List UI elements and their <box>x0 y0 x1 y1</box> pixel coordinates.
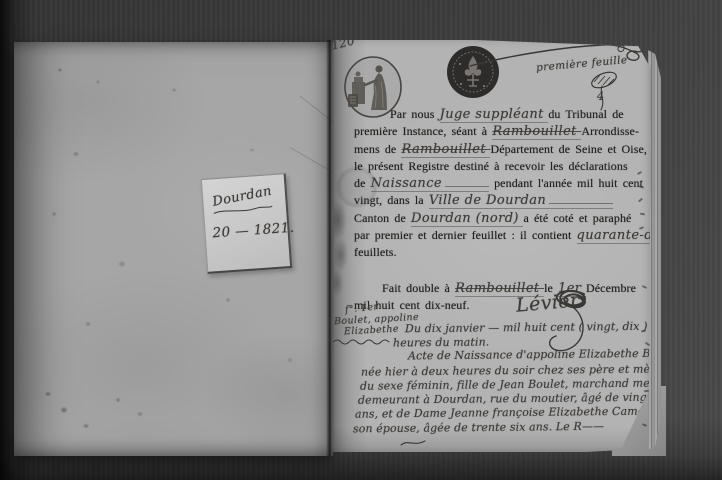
handwritten-fill: Dourdan (nord) <box>411 211 523 227</box>
preamble-line: vingt, dans la Ville de Dourdan <box>354 192 652 209</box>
print-text: de <box>354 176 371 190</box>
wavy-underline <box>333 338 393 346</box>
print-text: par premier et dernier feuillet : il con… <box>354 228 577 242</box>
end-flourish <box>401 438 427 448</box>
preamble-line: de Naissance pendant l'année mil huit ce… <box>354 175 652 192</box>
print-text: a été coté et paraphé <box>523 211 631 225</box>
preamble-line: Canton de Dourdan (nord) a été coté et p… <box>354 210 652 227</box>
preamble-line: le présent Registre destiné à recevoir l… <box>354 158 652 175</box>
archive-label: Dourdan 20 — 1821. <box>201 173 292 274</box>
handwritten-fill: Ville de Dourdan <box>429 193 613 209</box>
left-page: Dourdan 20 — 1821. <box>14 42 333 456</box>
margin-name-line: Elizabethe <box>344 324 399 338</box>
print-text: Canton de <box>354 211 411 225</box>
handwritten-fill: Rambouillet <box>492 124 581 140</box>
preamble-line: première Instance, séant à Rambouillet A… <box>354 123 652 140</box>
print-text: Par nous <box>390 107 440 121</box>
preamble-line: par premier et dernier feuillet : il con… <box>354 227 652 244</box>
print-text: première Instance, séant à <box>354 124 492 138</box>
preamble-line: feuillets. <box>354 244 652 261</box>
printed-preamble: Par nous Juge suppléant du Tribunal de p… <box>354 106 652 262</box>
print-text: pendant l'année mil huit cent <box>489 176 643 190</box>
print-text: Arrondisse- <box>581 124 639 138</box>
closing-line: Fait double à Rambouillet le 1er Décembr… <box>354 280 652 297</box>
handwritten-fill: Juge suppléant <box>440 107 549 123</box>
print-text: feuillets. <box>354 245 397 259</box>
print-text: Fait double à <box>382 281 455 295</box>
print-text: mens de <box>354 142 401 156</box>
act-line: Du dix janvier — mil huit cent ( vingt, … <box>405 320 648 336</box>
print-text: du Tribunal de <box>548 107 623 121</box>
label-dates: 20 — 1821. <box>212 220 295 242</box>
handwritten-fill: Naissance <box>371 176 489 192</box>
preamble-line: mens de Rambouillet Département de Seine… <box>354 141 652 158</box>
binding-gutter <box>326 40 335 456</box>
act-line: ans, et de Dame Jeanne françoise Elizabe… <box>355 404 676 420</box>
print-text: vingt, dans la <box>354 193 429 207</box>
print-text: Département de Seine et Oise, <box>490 142 647 156</box>
print-text: le présent Registre destiné à recevoir l… <box>354 159 628 173</box>
act-line: heures du matin. <box>393 335 489 349</box>
closing-statement: Fait double à Rambouillet le 1er Décembr… <box>354 280 652 315</box>
preamble-line: Par nous Juge suppléant du Tribunal de <box>354 106 652 123</box>
act-line: son épouse, âgée de trente six ans. Le R… <box>353 420 604 436</box>
act-line: Acte de Naissance d'appoline Elizabethe … <box>408 347 683 363</box>
handwritten-fill: Rambouillet <box>401 142 490 158</box>
scanned-register-photo: Dourdan 20 — 1821. 120 <box>0 0 722 480</box>
right-page: 120 première f <box>333 40 651 452</box>
paraph-number: 4 <box>597 90 604 103</box>
